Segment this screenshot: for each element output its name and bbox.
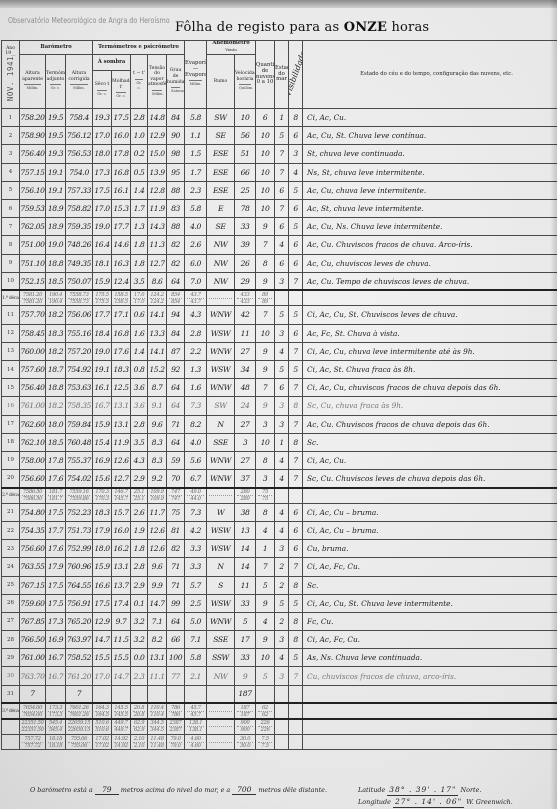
cell-ta: 18.7 <box>46 360 66 378</box>
cell-hum: 71 <box>167 558 185 576</box>
cell-alt: 751.00 <box>20 236 46 254</box>
cell-ten: 13.1 <box>148 649 167 667</box>
day-number: 13 <box>2 342 20 360</box>
cell-evap: 7.3 <box>185 503 207 521</box>
summary-cell: 7558.737558.73 <box>66 290 93 306</box>
summary-value-bottom: 344.5 <box>148 727 166 733</box>
cell-corr: 765.20 <box>66 612 93 630</box>
cell-hum: 82 <box>167 540 185 558</box>
cell-alt: 760.00 <box>20 342 46 360</box>
cell-evap <box>185 685 207 703</box>
cell-ta: 18.9 <box>46 218 66 236</box>
summary-value-top: 11.48 <box>148 736 166 742</box>
cell-mar: 6 <box>275 218 289 236</box>
table-row: 3177187 <box>2 685 557 703</box>
cell-hum: 77 <box>167 667 185 685</box>
cell-vel: 25 <box>235 181 256 199</box>
day-number: 16 <box>2 397 20 415</box>
cell-corr: 764.55 <box>66 576 93 594</box>
summary-value-bottom: 62.9 <box>131 727 147 733</box>
cell-ten: 11.1 <box>148 667 167 685</box>
dotted-rule <box>209 726 232 727</box>
cell-mar: 7 <box>275 145 289 163</box>
sky-observation: As, Ns. Chuva leve continuada. <box>303 649 557 667</box>
cell-vis: 5 <box>289 181 303 199</box>
cell-vis: 6 <box>289 540 303 558</box>
cell-vis: 6 <box>289 521 303 539</box>
summary-cell-empty <box>289 703 303 719</box>
cell-evap: 1.7 <box>185 163 207 181</box>
summary-cell <box>207 734 235 750</box>
cell-vel: 34 <box>235 360 256 378</box>
barometer-altitude: 79 <box>95 785 119 795</box>
summary-cell: 14.9214.92 <box>112 734 131 750</box>
cell-vel: 11 <box>235 576 256 594</box>
cell-vis: 8 <box>289 109 303 127</box>
summary-value-top: 7558.73 <box>66 292 92 298</box>
cell-rumo: SW <box>207 397 235 415</box>
cell-corr: 760.96 <box>66 558 93 576</box>
cell-evap: 7.0 <box>185 272 207 290</box>
table-row: 16761.0018.2758.3516.713.13.69.1647.3SW2… <box>2 397 557 415</box>
cell-corr: 760.48 <box>66 433 93 451</box>
cell-rumo: WSW <box>207 521 235 539</box>
cell-evap: 1.5 <box>185 145 207 163</box>
cell-ten: 13.3 <box>148 324 167 342</box>
summary-value-bottom: 62 <box>256 712 274 718</box>
cell-ten: 9.1 <box>148 397 167 415</box>
cell-evap: 6.0 <box>185 254 207 272</box>
cell-dif: 1.0 <box>131 127 148 145</box>
summary-value-bottom: 145.7 <box>112 496 130 502</box>
summary-cell: 62.962.9 <box>131 719 148 735</box>
wind-direction-header: Rumo <box>207 55 235 109</box>
summary-cell: 510.6510.6 <box>93 719 112 735</box>
cell-seco: 18.3 <box>93 503 112 521</box>
cell-vis: 7 <box>289 379 303 397</box>
summary-value-top: 18.18 <box>46 736 65 742</box>
cell-corr: 755.37 <box>66 451 93 469</box>
cell-mar: 3 <box>275 397 289 415</box>
longitude-line: Longitude 27° . 14' . 06" W. Greenwich. <box>358 796 513 808</box>
summary-value-top: 175.5 <box>93 292 111 298</box>
cell-dif: 3.6 <box>131 379 148 397</box>
cell-evap: 2.3 <box>185 181 207 199</box>
cell-vis: 5 <box>289 306 303 324</box>
summary-cell-empty <box>303 734 557 750</box>
cell-molh: 13.7 <box>112 576 131 594</box>
cell-molh <box>112 685 131 703</box>
cell-nuv: 10 <box>256 433 275 451</box>
day-number: 25 <box>2 576 20 594</box>
summary-cell-empty <box>289 734 303 750</box>
day-number: 29 <box>2 649 20 667</box>
sky-observation: Cu, chuviscos fracos de chuva, arco-íris… <box>303 667 557 685</box>
barometer-distance: 700 <box>232 785 256 795</box>
cell-seco: 16.9 <box>93 451 112 469</box>
cell-dif: 1.9 <box>131 521 148 539</box>
table-row: 25767.1517.5764.5516.613.72.99.9715.7S11… <box>2 576 557 594</box>
cell-dif: 1.4 <box>131 181 148 199</box>
table-row: 7762.0518.9759.3519.017.71.314.3884.0SE3… <box>2 218 557 236</box>
sky-observation: Sc. <box>303 433 557 451</box>
cell-alt: 756.60 <box>20 540 46 558</box>
day-number: 18 <box>2 433 20 451</box>
register-sheet: Observatório Meteorológico de Angra do H… <box>0 0 557 809</box>
summary-cell: 22351.5022351.50 <box>20 719 46 735</box>
summary-cell: 17.0217.02 <box>93 734 112 750</box>
summary-cell: 17.017.0 <box>131 290 148 306</box>
register-table: Ano 19__ NOV. 1941 Barómetro Termómetros… <box>1 40 557 750</box>
cell-mar: 5 <box>275 360 289 378</box>
summary-value-bottom: 7558.73 <box>66 299 92 305</box>
cell-nuv: 7 <box>256 236 275 254</box>
table-row: 24763.5517.9760.9615.913.12.89.6713.3N14… <box>2 558 557 576</box>
summary-row: 22351.5022351.50545.4545.422659.1522659.… <box>2 719 557 735</box>
summary-cell-empty <box>275 488 289 504</box>
cell-vis: 7 <box>289 558 303 576</box>
cell-mar: 2 <box>275 558 289 576</box>
cell-seco: 17.5 <box>93 181 112 199</box>
cell-molh: 16.8 <box>112 324 131 342</box>
dotted-rule <box>209 742 232 743</box>
summary-cell-empty <box>275 703 289 719</box>
day-number: 22 <box>2 521 20 539</box>
summary-value-top: 158.5 <box>112 292 130 298</box>
cell-vis <box>289 685 303 703</box>
cell-ten: 11.9 <box>148 199 167 217</box>
cell-corr: 752.23 <box>66 503 93 521</box>
cell-mar: 2 <box>275 612 289 630</box>
sky-observation: Ac, Cu. Tempo de chuviscos leves de chuv… <box>303 272 557 290</box>
summary-value-bottom: 4.60 <box>185 743 206 749</box>
cell-mar: 4 <box>275 236 289 254</box>
cell-alt: 759.53 <box>20 199 46 217</box>
cell-dif: 2.8 <box>131 109 148 127</box>
summary-label <box>2 734 20 750</box>
cell-evap: 2.5 <box>185 594 207 612</box>
summary-value-top: 2387 <box>167 720 184 726</box>
cell-alt: 756.40 <box>20 145 46 163</box>
cell-ten: 11.3 <box>148 236 167 254</box>
day-number: 8 <box>2 236 20 254</box>
summary-cell: 124.2124.2 <box>148 290 167 306</box>
cell-vis: 3 <box>289 145 303 163</box>
cell-corr: 759.35 <box>66 218 93 236</box>
cell-ta: 18.5 <box>46 433 66 451</box>
evaporimeter-header: Evaporímetro — EvaporaçãoMilím. <box>185 41 207 109</box>
cell-corr: 752.99 <box>66 540 93 558</box>
cell-vis: 6 <box>289 127 303 145</box>
cell-corr: 754.0 <box>66 163 93 181</box>
cell-ten: 12.6 <box>148 540 167 558</box>
cell-mar: 4 <box>275 470 289 488</box>
cell-vis: 5 <box>289 218 303 236</box>
sky-observation: Ci, Ac, Cu – bruma. <box>303 521 557 539</box>
cell-ten: 8.3 <box>148 451 167 469</box>
summary-value-bottom: 7559.86 <box>66 496 92 502</box>
cell-evap: 5.6 <box>185 451 207 469</box>
summary-cell-empty <box>289 290 303 306</box>
cell-corr: 757.20 <box>66 342 93 360</box>
summary-cell-empty <box>275 734 289 750</box>
cell-nuv: 4 <box>256 521 275 539</box>
cell-hum: 98 <box>167 145 185 163</box>
cell-hum: 71 <box>167 415 185 433</box>
summary-cell: 146.7145.7 <box>112 488 131 504</box>
cell-nuv: 8 <box>256 503 275 521</box>
cell-ten: 8.3 <box>148 433 167 451</box>
summary-cell: 164.3164.5 <box>93 703 112 719</box>
summary-value-bottom: 89 <box>256 299 274 305</box>
sky-observation: Ci, Ac, St. Chuva fraca às 8h. <box>303 360 557 378</box>
cell-hum <box>167 685 185 703</box>
cell-ta: 18.2 <box>46 397 66 415</box>
summary-value-bottom: 747 <box>167 496 184 502</box>
summary-value-bottom: 7581.20 <box>20 299 45 305</box>
cell-ta: 18.8 <box>46 254 66 272</box>
summary-cell-empty <box>303 703 557 719</box>
latitude-line: Latitude 38° . 39' . 17" Norte. <box>358 784 513 796</box>
summary-label: 2.ª década <box>2 488 20 504</box>
cell-mar: 3 <box>275 667 289 685</box>
cell-molh: 16.1 <box>112 181 131 199</box>
cell-hum: 84 <box>167 109 185 127</box>
cell-ta: 19.3 <box>46 145 66 163</box>
summary-value-top: 510.6 <box>93 720 111 726</box>
cell-alt: 754.35 <box>20 521 46 539</box>
cell-ten: 14.8 <box>148 109 167 127</box>
cell-dif: 0.5 <box>131 163 148 181</box>
cell-ta: 18.5 <box>46 272 66 290</box>
cell-ten: 15.2 <box>148 360 167 378</box>
cell-rumo: SW <box>207 109 235 127</box>
summary-value-top: 17.02 <box>93 736 111 742</box>
cell-vel: 48 <box>235 379 256 397</box>
table-row: 3756.4019.3756.5318.017.80.215.0981.5ESE… <box>2 145 557 163</box>
cell-nuv: 9 <box>256 594 275 612</box>
cell-rumo: NW <box>207 272 235 290</box>
summary-value-bottom: 900 <box>235 727 255 733</box>
cell-vel: 33 <box>235 649 256 667</box>
summary-value-bottom: 181.7 <box>46 496 65 502</box>
cell-vel: 14 <box>235 540 256 558</box>
cell-alt: 757.70 <box>20 306 46 324</box>
cell-rumo: WNW <box>207 451 235 469</box>
cell-ta: 17.7 <box>46 521 66 539</box>
summary-value-top: 145.5 <box>112 705 130 711</box>
cell-nuv: 7 <box>256 558 275 576</box>
summary-value-top: 344.5 <box>148 720 166 726</box>
sky-observation: Ci, Ac, Fc, Cu. <box>303 631 557 649</box>
sky-observation: Ci, Ac, Cu. <box>303 451 557 469</box>
cell-vel: 27 <box>235 342 256 360</box>
cell-seco: 16.6 <box>93 576 112 594</box>
cell-vis: 7 <box>289 451 303 469</box>
cell-vel: 27 <box>235 451 256 469</box>
summary-cell: 786786 <box>167 703 185 719</box>
cell-nuv <box>256 685 275 703</box>
cell-evap: 5.0 <box>185 612 207 630</box>
scan-shadow <box>550 0 557 809</box>
table-row: 5756.1019.1757.3317.516.11.412.8882.3ESE… <box>2 181 557 199</box>
thermometers-header: Termómetros e psicrómetro <box>93 41 185 55</box>
day-number: 2 <box>2 127 20 145</box>
cell-ten: 8.7 <box>148 379 167 397</box>
summary-value-bottom: 164.5 <box>93 712 111 718</box>
summary-value-top: 7601.26 <box>66 705 92 711</box>
cell-mar: 3 <box>275 324 289 342</box>
cell-alt: 7 <box>20 685 46 703</box>
cell-nuv: 7 <box>256 379 275 397</box>
cell-mar <box>275 685 289 703</box>
cell-hum: 87 <box>167 342 185 360</box>
cell-molh: 17.7 <box>112 218 131 236</box>
cell-corr: 759.84 <box>66 415 93 433</box>
cell-nuv: 10 <box>256 163 275 181</box>
cell-vis: 5 <box>289 360 303 378</box>
summary-value-bottom: 2.10 <box>131 743 147 749</box>
cell-ten: 14.3 <box>148 218 167 236</box>
cell-dif: 2.9 <box>131 576 148 594</box>
cell-dif: 3.5 <box>131 433 148 451</box>
summary-value-top: 7581.20 <box>20 292 45 298</box>
cell-molh: 15.3 <box>112 199 131 217</box>
sky-observation: Ac, Cu, chuva leve intermitente. <box>303 181 557 199</box>
summary-cell: 45.745.7 <box>185 703 207 719</box>
cell-molh: 17.5 <box>112 109 131 127</box>
summary-cell: 18.1818.18 <box>46 734 66 750</box>
summary-value-top: 181.7 <box>46 489 65 495</box>
sky-observation: Ci, Ac, Cu, St. Chuva leve intermitente. <box>303 594 557 612</box>
cell-rumo: WNW <box>207 470 235 488</box>
summary-cell: 23872387 <box>167 719 185 735</box>
cell-alt: 767.85 <box>20 612 46 630</box>
cell-corr: 758.82 <box>66 199 93 217</box>
summary-value-bottom: 187 <box>235 712 255 718</box>
cell-evap: 4.0 <box>185 218 207 236</box>
cell-evap: 7.3 <box>185 397 207 415</box>
cell-rumo: ESE <box>207 145 235 163</box>
cell-ten: 9.9 <box>148 576 167 594</box>
cell-hum: 83 <box>167 199 185 217</box>
cell-molh: 11.9 <box>112 433 131 451</box>
cell-hum: 64 <box>167 433 185 451</box>
sky-observation: Ac, Cu. Chuviscos fracos de chuva. Arco-… <box>303 236 557 254</box>
day-number: 15 <box>2 379 20 397</box>
cell-dif: 2.3 <box>131 667 148 685</box>
cell-vis: 6 <box>289 503 303 521</box>
day-number: 27 <box>2 612 20 630</box>
cell-mar: 1 <box>275 433 289 451</box>
cell-rumo: WNW <box>207 342 235 360</box>
cell-mar: 6 <box>275 379 289 397</box>
cell-alt: 756.60 <box>20 470 46 488</box>
longitude-value: 27° . 14' . 06" <box>393 796 464 808</box>
table-row: 29761.0016.7758.5215.515.50.013.11005.8S… <box>2 649 557 667</box>
difference-header: t − t'Gr. c. <box>131 55 148 109</box>
sky-observation: Ac, Cu, St. Chuva leve contínua. <box>303 127 557 145</box>
summary-value-bottom: 755.06 <box>66 743 92 749</box>
cell-nuv: 9 <box>256 631 275 649</box>
summary-cell: 170.3170.3 <box>93 488 112 504</box>
summary-cell: 854854 <box>167 290 185 306</box>
cell-ta: 16.7 <box>46 667 66 685</box>
summary-value-bottom: 20.8 <box>131 712 147 718</box>
table-row: 9751.1018.8749.3518.116.31.812.7826.0NW2… <box>2 254 557 272</box>
cell-ta: 16.9 <box>46 631 66 649</box>
summary-cell: 4.604.60 <box>185 734 207 750</box>
cell-ta: 17.9 <box>46 558 66 576</box>
barometer-header: Barómetro <box>20 41 93 55</box>
summary-cell: 190.4190.4 <box>46 290 66 306</box>
summary-value-bottom: 158.5 <box>112 299 130 305</box>
coordinates: Latitude 38° . 39' . 17" Norte. Longitud… <box>358 784 513 808</box>
summary-cell: 175.5175.5 <box>93 290 112 306</box>
date-stamp: NOV. 1941 <box>8 56 13 101</box>
cell-ten: 14.1 <box>148 306 167 324</box>
cell-vis: 5 <box>289 594 303 612</box>
observatory-name: Observatório Meteorológico de Angra do H… <box>8 16 170 25</box>
cell-evap: 3.3 <box>185 558 207 576</box>
sky-observation: Sc, Cu. Chuviscos leves de chuva depois … <box>303 470 557 488</box>
summary-value-top: 164.3 <box>93 705 111 711</box>
summary-cell: 8989 <box>256 290 275 306</box>
summary-value-bottom: 173.3 <box>46 712 65 718</box>
cell-seco: 14.7 <box>93 631 112 649</box>
cell-vis: 7 <box>289 667 303 685</box>
cell-dif: 0.0 <box>131 649 148 667</box>
sky-observation: Cu, bruma. <box>303 540 557 558</box>
sky-observation: Ac, St, chuva leve intermitente. <box>303 199 557 217</box>
cell-nuv: 5 <box>256 667 275 685</box>
cell-mar: 1 <box>275 109 289 127</box>
summary-value-bottom: 190.4 <box>46 299 65 305</box>
cell-mar: 3 <box>275 631 289 649</box>
cell-vel: 27 <box>235 415 256 433</box>
summary-cell-empty <box>303 488 557 504</box>
summary-cell: 545.4545.4 <box>46 719 66 735</box>
table-row: 19758.0017.8755.3716.912.64.38.3595.6WNW… <box>2 451 557 469</box>
cell-rumo: W <box>207 503 235 521</box>
summary-value-bottom: 757.72 <box>20 743 45 749</box>
day-number: 20 <box>2 470 20 488</box>
cell-ten: 12.9 <box>148 127 167 145</box>
summary-value-top: 7586.50 <box>20 489 45 495</box>
cell-mar: 4 <box>275 521 289 539</box>
summary-cell: 20.820.8 <box>131 703 148 719</box>
cell-rumo: NW <box>207 236 235 254</box>
summary-cell: 145.5145.5 <box>112 703 131 719</box>
cell-alt: 767.15 <box>20 576 46 594</box>
cell-dif: 1.4 <box>131 342 148 360</box>
sky-observation: Fc, Cu. <box>303 612 557 630</box>
cell-alt: 758.90 <box>20 127 46 145</box>
cell-vis: 6 <box>289 324 303 342</box>
cell-alt: 766.50 <box>20 631 46 649</box>
cell-seco: 19.0 <box>93 342 112 360</box>
summary-value-bottom: 510.6 <box>93 727 111 733</box>
cell-corr: 750.07 <box>66 272 93 290</box>
cell-vel: 42 <box>235 306 256 324</box>
cell-hum: 64 <box>167 397 185 415</box>
cell-vis: 6 <box>289 236 303 254</box>
cell-seco: 12.9 <box>93 612 112 630</box>
cell-nuv: 1 <box>256 540 275 558</box>
day-number: 12 <box>2 324 20 342</box>
cell-vel: 51 <box>235 145 256 163</box>
cell-alt: 756.10 <box>20 181 46 199</box>
